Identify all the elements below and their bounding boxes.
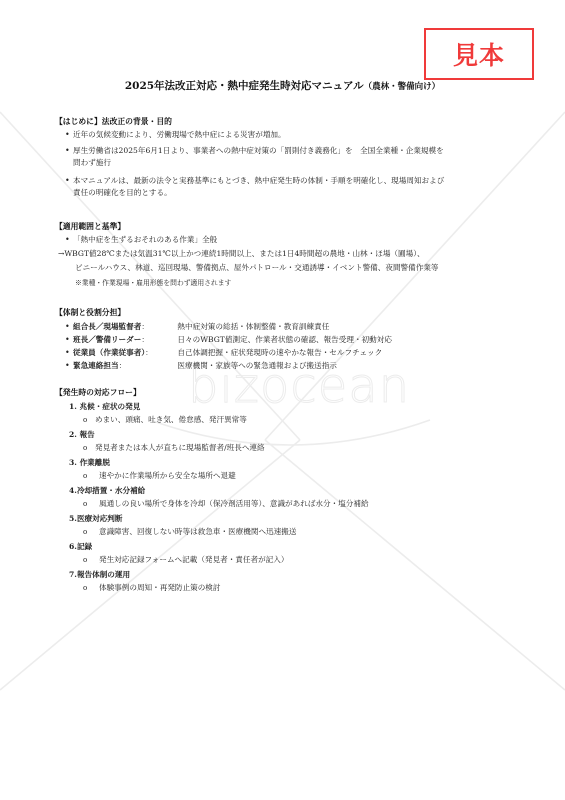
role-row: • 班長／警備リーダー： 日々のWBGT値測定、作業者状態の確認、報告受理・初動…	[55, 334, 515, 347]
bullet-icon: •	[65, 145, 70, 157]
step-number: 4.	[69, 486, 77, 495]
flow-step: 4.冷却措置・水分補給 o風通しの良い場所で身体を冷却（保冷剤活用等）、意識があ…	[55, 485, 515, 513]
sub-bullet-icon: o	[83, 498, 87, 510]
step-number: 2.	[69, 430, 77, 439]
sub-bullet-icon: o	[83, 470, 87, 482]
role-description: 熱中症対策の総括・体制整備・教育訓練責任	[177, 321, 329, 333]
bullet-icon: •	[65, 360, 70, 372]
bullet-icon: •	[65, 234, 70, 246]
role-name: 班長／警備リーダー	[73, 335, 141, 344]
section-roles: 【体制と役割分担】 • 組合長／現場監督者： 熱中症対策の総括・体制整備・教育訓…	[55, 307, 515, 373]
role-description: 日々のWBGT値測定、作業者状態の確認、報告受理・初動対応	[177, 334, 392, 346]
criteria-line: →WBGT値28℃または気温31℃以上かつ連続1時間以上、または1日4時間超の農…	[55, 248, 515, 260]
bullet-icon: •	[65, 334, 70, 346]
role-row: • 組合長／現場監督者： 熱中症対策の総括・体制整備・教育訓練責任	[55, 321, 515, 334]
role-name: 緊急連絡担当	[73, 361, 119, 370]
step-detail: 発見者または本人が直ちに現場監督者/班長へ連絡	[95, 443, 265, 452]
list-item: • 本マニュアルは、最新の法令と実務基準にもとづき、熱中症発生時の体制・手順を明…	[55, 175, 515, 199]
step-number: 5.	[69, 514, 77, 523]
section-intro: 【はじめに】法改正の背景・目的 • 近年の気候変動により、労働現場で熱中症による…	[55, 116, 515, 199]
section-heading-flow: 【発生時の対応フロー】	[55, 387, 515, 399]
flow-step: 2. 報告 o発見者または本人が直ちに現場監督者/班長へ連絡	[55, 429, 515, 457]
bullet-icon: •	[65, 175, 70, 187]
sub-bullet-icon: o	[83, 554, 87, 566]
flow-step: 6.記録 o発生対応記録フォームへ記載（発見者・責任者が記入）	[55, 541, 515, 569]
step-title: 報告	[80, 430, 95, 439]
step-detail: 発生対応記録フォームへ記載（発見者・責任者が記入）	[99, 555, 288, 564]
section-flow: 【発生時の対応フロー】 1. 兆候・症状の発見 oめまい、頭痛、吐き気、倦怠感、…	[55, 387, 515, 597]
step-title: 記録	[77, 542, 92, 551]
role-name: 組合長／現場監督者	[73, 322, 141, 331]
flow-step: 1. 兆候・症状の発見 oめまい、頭痛、吐き気、倦怠感、発汗異常等	[55, 401, 515, 429]
list-item: • 「熱中症を生ずるおそれのある作業」全般	[55, 234, 515, 246]
step-number: 6.	[69, 542, 77, 551]
step-title: 医療対応判断	[77, 514, 123, 523]
role-description: 医療機関・家族等への緊急通報および搬送指示	[177, 360, 336, 372]
step-title: 報告体制の運用	[77, 570, 130, 579]
step-title: 作業離脱	[80, 458, 110, 467]
step-detail: 体験事例の周知・再発防止策の検討	[99, 583, 221, 592]
step-number: 7.	[69, 570, 77, 579]
sample-stamp: 見本	[424, 28, 534, 80]
step-detail: 意識障害、回復しない時等は救急車・医療機関へ迅速搬送	[99, 527, 296, 536]
sub-bullet-icon: o	[83, 442, 87, 454]
sub-bullet-icon: o	[83, 414, 87, 426]
step-detail: 速やかに作業場所から安全な場所へ退避	[99, 471, 236, 480]
title-main: 2025年法改正対応・熱中症発生時対応マニュアル	[125, 80, 364, 92]
step-number: 1.	[69, 402, 77, 411]
section-heading-roles: 【体制と役割分担】	[55, 307, 515, 319]
step-detail: 風通しの良い場所で身体を冷却（保冷剤活用等）、意識があれば水分・塩分補給	[99, 499, 369, 508]
title-sub: （農林・警備向け）	[364, 82, 441, 92]
step-title: 冷却措置・水分補給	[77, 486, 145, 495]
section-heading-intro: 【はじめに】法改正の背景・目的	[55, 116, 515, 128]
list-item: • 近年の気候変動により、労働現場で熱中症による災害が増加。	[55, 129, 515, 141]
role-description: 自己体調把握・症状発現時の速やかな報告・セルフチェック	[177, 347, 382, 359]
sub-bullet-icon: o	[83, 582, 87, 594]
step-number: 3.	[69, 458, 77, 467]
step-detail: めまい、頭痛、吐き気、倦怠感、発汗異常等	[95, 415, 247, 424]
intro-bullet-list: • 近年の気候変動により、労働現場で熱中症による災害が増加。 • 厚生労働省は2…	[55, 129, 515, 199]
criteria-line-continued: ビニールハウス、林道、巡回現場、警備拠点、屋外パトロール・交通誘導・イベント警備…	[55, 262, 515, 274]
bullet-icon: •	[65, 129, 70, 141]
section-scope: 【適用範囲と基準】 • 「熱中症を生ずるおそれのある作業」全般 →WBGT値28…	[55, 221, 515, 289]
role-row: • 緊急連絡担当： 医療機関・家族等への緊急通報および搬送指示	[55, 360, 515, 373]
step-title: 兆候・症状の発見	[80, 402, 141, 411]
flow-step: 5.医療対応判断 o意識障害、回復しない時等は救急車・医療機関へ迅速搬送	[55, 513, 515, 541]
flow-step: 3. 作業離脱 o速やかに作業場所から安全な場所へ退避	[55, 457, 515, 485]
sub-bullet-icon: o	[83, 526, 87, 538]
section-heading-scope: 【適用範囲と基準】	[55, 221, 515, 233]
flow-step: 7.報告体制の運用 o体験事例の周知・再発防止策の検討	[55, 569, 515, 597]
document-body: 【はじめに】法改正の背景・目的 • 近年の気候変動により、労働現場で熱中症による…	[55, 116, 515, 597]
bullet-icon: •	[65, 321, 70, 333]
scope-note: ※業種・作業現場・雇用形態を問わず適用されます	[55, 277, 515, 289]
bullet-icon: •	[65, 347, 70, 359]
list-item: • 厚生労働省は2025年6月1日より、事業者への熱中症対策の「罰則付き義務化」…	[55, 145, 515, 169]
role-name: 従業員（作業従事者）	[73, 348, 145, 357]
document-title: 2025年法改正対応・熱中症発生時対応マニュアル（農林・警備向け）	[0, 78, 565, 93]
role-row: • 従業員（作業従事者）： 自己体調把握・症状発現時の速やかな報告・セルフチェッ…	[55, 347, 515, 360]
